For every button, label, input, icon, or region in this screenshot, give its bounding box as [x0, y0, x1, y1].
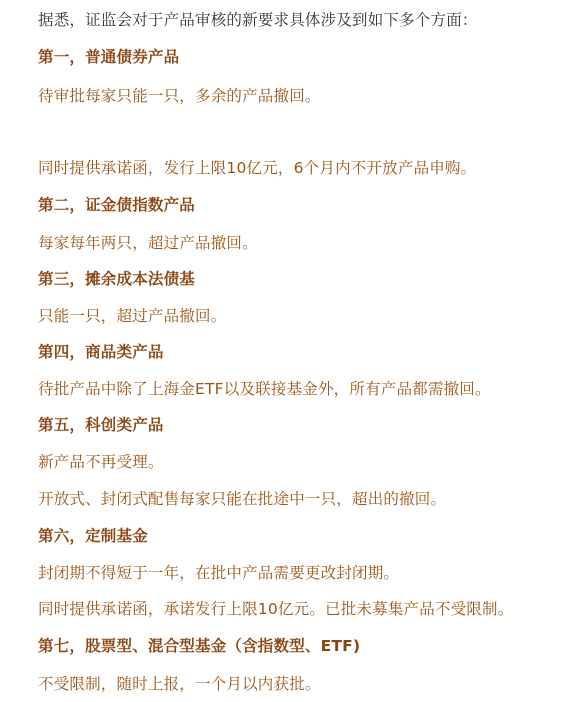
- section-1-paragraph-1: 待审批每家只能一只，多余的产品撤回。: [38, 86, 321, 106]
- section-heading-3: 第三，摊余成本法债基: [38, 269, 195, 289]
- section-3-paragraph-1: 只能一只，超过产品撤回。: [38, 306, 226, 326]
- section-heading-4: 第四，商品类产品: [38, 342, 164, 362]
- section-1-paragraph-2: 同时提供承诺函，发行上限10亿元，6个月内不开放产品申购。: [38, 158, 476, 178]
- section-4-paragraph-1: 待批产品中除了上海金ETF以及联接基金外，所有产品都需撤回。: [38, 379, 491, 399]
- section-5-paragraph-1: 新产品不再受理。: [38, 452, 164, 472]
- section-heading-2: 第二，证金债指数产品: [38, 195, 195, 215]
- section-5-paragraph-2: 开放式、封闭式配售每家只能在批途中一只，超出的撤回。: [38, 489, 446, 509]
- section-6-paragraph-1: 封闭期不得短于一年，在批中产品需要更改封闭期。: [38, 563, 399, 583]
- section-2-paragraph-1: 每家每年两只，超过产品撤回。: [38, 233, 258, 253]
- section-heading-5: 第五，科创类产品: [38, 415, 164, 435]
- section-heading-7: 第七，股票型、混合型基金（含指数型、ETF): [38, 636, 360, 656]
- section-7-paragraph-1: 不受限制，随时上报，一个月以内获批。: [38, 674, 321, 694]
- intro-paragraph: 据悉，证监会对于产品审核的新要求具体涉及到如下多个方面：: [38, 10, 478, 30]
- article-body: 据悉，证监会对于产品审核的新要求具体涉及到如下多个方面： 第一，普通债券产品 待…: [0, 0, 569, 702]
- section-heading-6: 第六，定制基金: [38, 526, 148, 546]
- section-heading-1: 第一，普通债券产品: [38, 47, 179, 67]
- section-6-paragraph-2: 同时提供承诺函，承诺发行上限10亿元。已批未募集产品不受限制。: [38, 599, 513, 619]
